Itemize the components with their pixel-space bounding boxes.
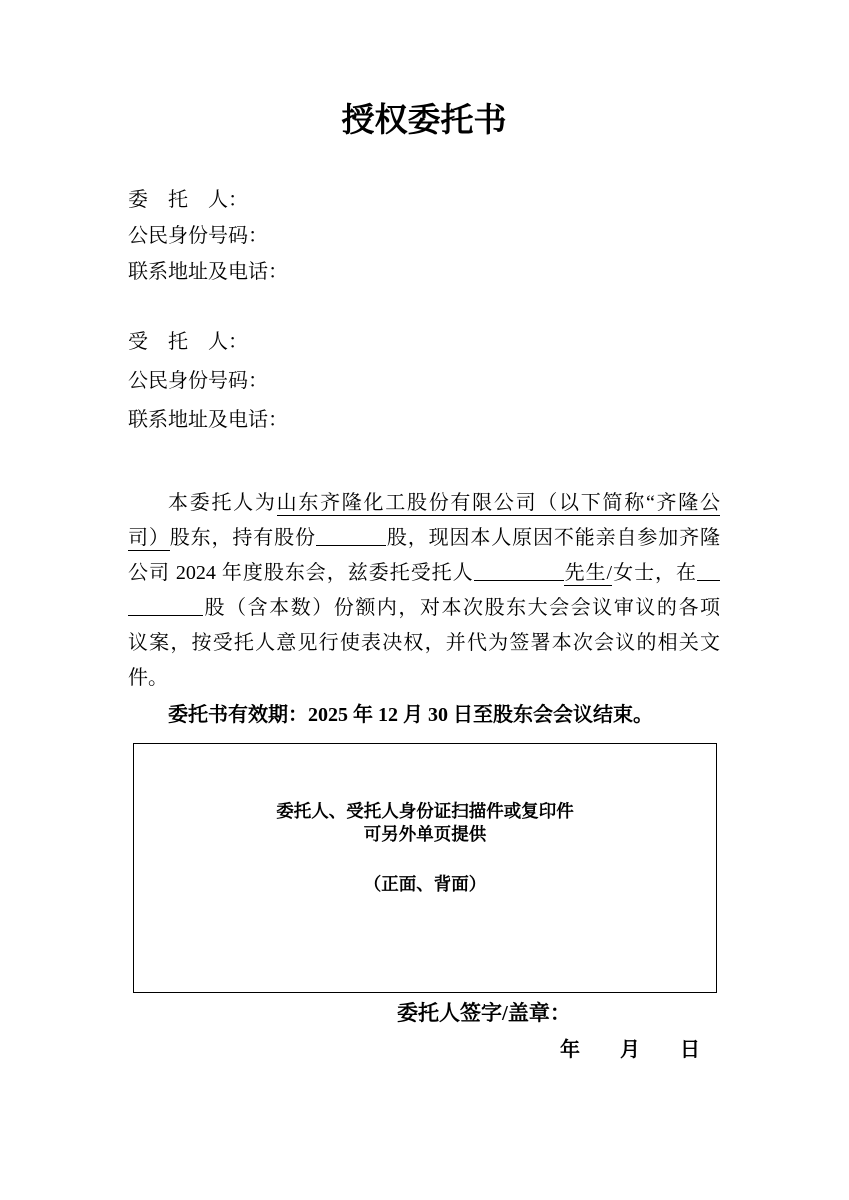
principal-name-label: 委 托 人：: [128, 182, 720, 218]
principal-section: 委 托 人： 公民身份号码： 联系地址及电话：: [128, 182, 720, 290]
entrusted-shares-blank-field-cont: [128, 595, 203, 616]
trustee-id-label: 公民身份号码：: [128, 362, 720, 401]
trustee-name-blank-field: [474, 560, 564, 581]
authorization-paragraph: 本委托人为山东齐隆化工股份有限公司（以下简称“齐隆公 司）股东，持有股份股，现因…: [128, 486, 720, 696]
signature-label: 委托人签字/盖章：: [128, 999, 720, 1027]
paragraph-text: 女士，在: [612, 562, 697, 584]
document-page: 授权委托书 委 托 人： 公民身份号码： 联系地址及电话： 受 托 人： 公民身…: [0, 0, 849, 1200]
paragraph-line-5: 议案，按受托人意见行使表决权，并代为签署本次会议的相关文: [128, 626, 720, 661]
paragraph-line-1: 本委托人为山东齐隆化工股份有限公司（以下简称“齐隆公: [128, 486, 720, 521]
paragraph-text: 股，现因本人原因不能亲自参加齐隆: [386, 527, 720, 549]
paragraph-text: 本委托人为: [168, 492, 277, 514]
paragraph-line-6: 件。: [128, 661, 720, 696]
principal-contact-label: 联系地址及电话：: [128, 254, 720, 290]
paragraph-text: 件。: [128, 667, 168, 689]
company-name-underlined: 山东齐隆化工股份有限公司（以下简称“齐隆公: [277, 492, 720, 516]
paragraph-line-4: 股（含本数）份额内，对本次股东大会会议审议的各项: [128, 591, 720, 626]
shares-held-blank-field: [316, 525, 386, 546]
paragraph-text: 议案，按受托人意见行使表决权，并代为签署本次会议的相关文: [128, 632, 720, 654]
attachment-box-line-2: 可另外单页提供: [134, 823, 716, 846]
trustee-name-label: 受 托 人：: [128, 323, 720, 362]
paragraph-text: 股（含本数）份额内，对本次股东大会会议审议的各项: [203, 597, 720, 619]
principal-id-label: 公民身份号码：: [128, 218, 720, 254]
paragraph-line-2: 司）股东，持有股份股，现因本人原因不能亲自参加齐隆: [128, 521, 720, 556]
document-title: 授权委托书: [128, 100, 720, 140]
trustee-contact-label: 联系地址及电话：: [128, 401, 720, 440]
trustee-section: 受 托 人： 公民身份号码： 联系地址及电话：: [128, 323, 720, 440]
paragraph-text: 股东，持有股份: [170, 527, 316, 549]
validity-statement: 委托书有效期：2025 年 12 月 30 日至股东会会议结束。: [128, 698, 720, 733]
paragraph-text: 公司 2024 年度股东会，兹委托受托人: [128, 562, 474, 584]
entrusted-shares-blank-field-start: [697, 560, 720, 581]
company-name-underlined-cont: 司）: [128, 527, 170, 551]
date-line: 年 月 日: [128, 1038, 720, 1062]
trustee-title-underlined: 先生/: [564, 562, 613, 586]
id-attachment-box: 委托人、受托人身份证扫描件或复印件 可另外单页提供 （正面、背面）: [133, 743, 717, 993]
attachment-box-line-1: 委托人、受托人身份证扫描件或复印件: [134, 800, 716, 823]
paragraph-line-3: 公司 2024 年度股东会，兹委托受托人先生/女士，在: [128, 556, 720, 591]
attachment-box-note: （正面、背面）: [134, 873, 716, 896]
